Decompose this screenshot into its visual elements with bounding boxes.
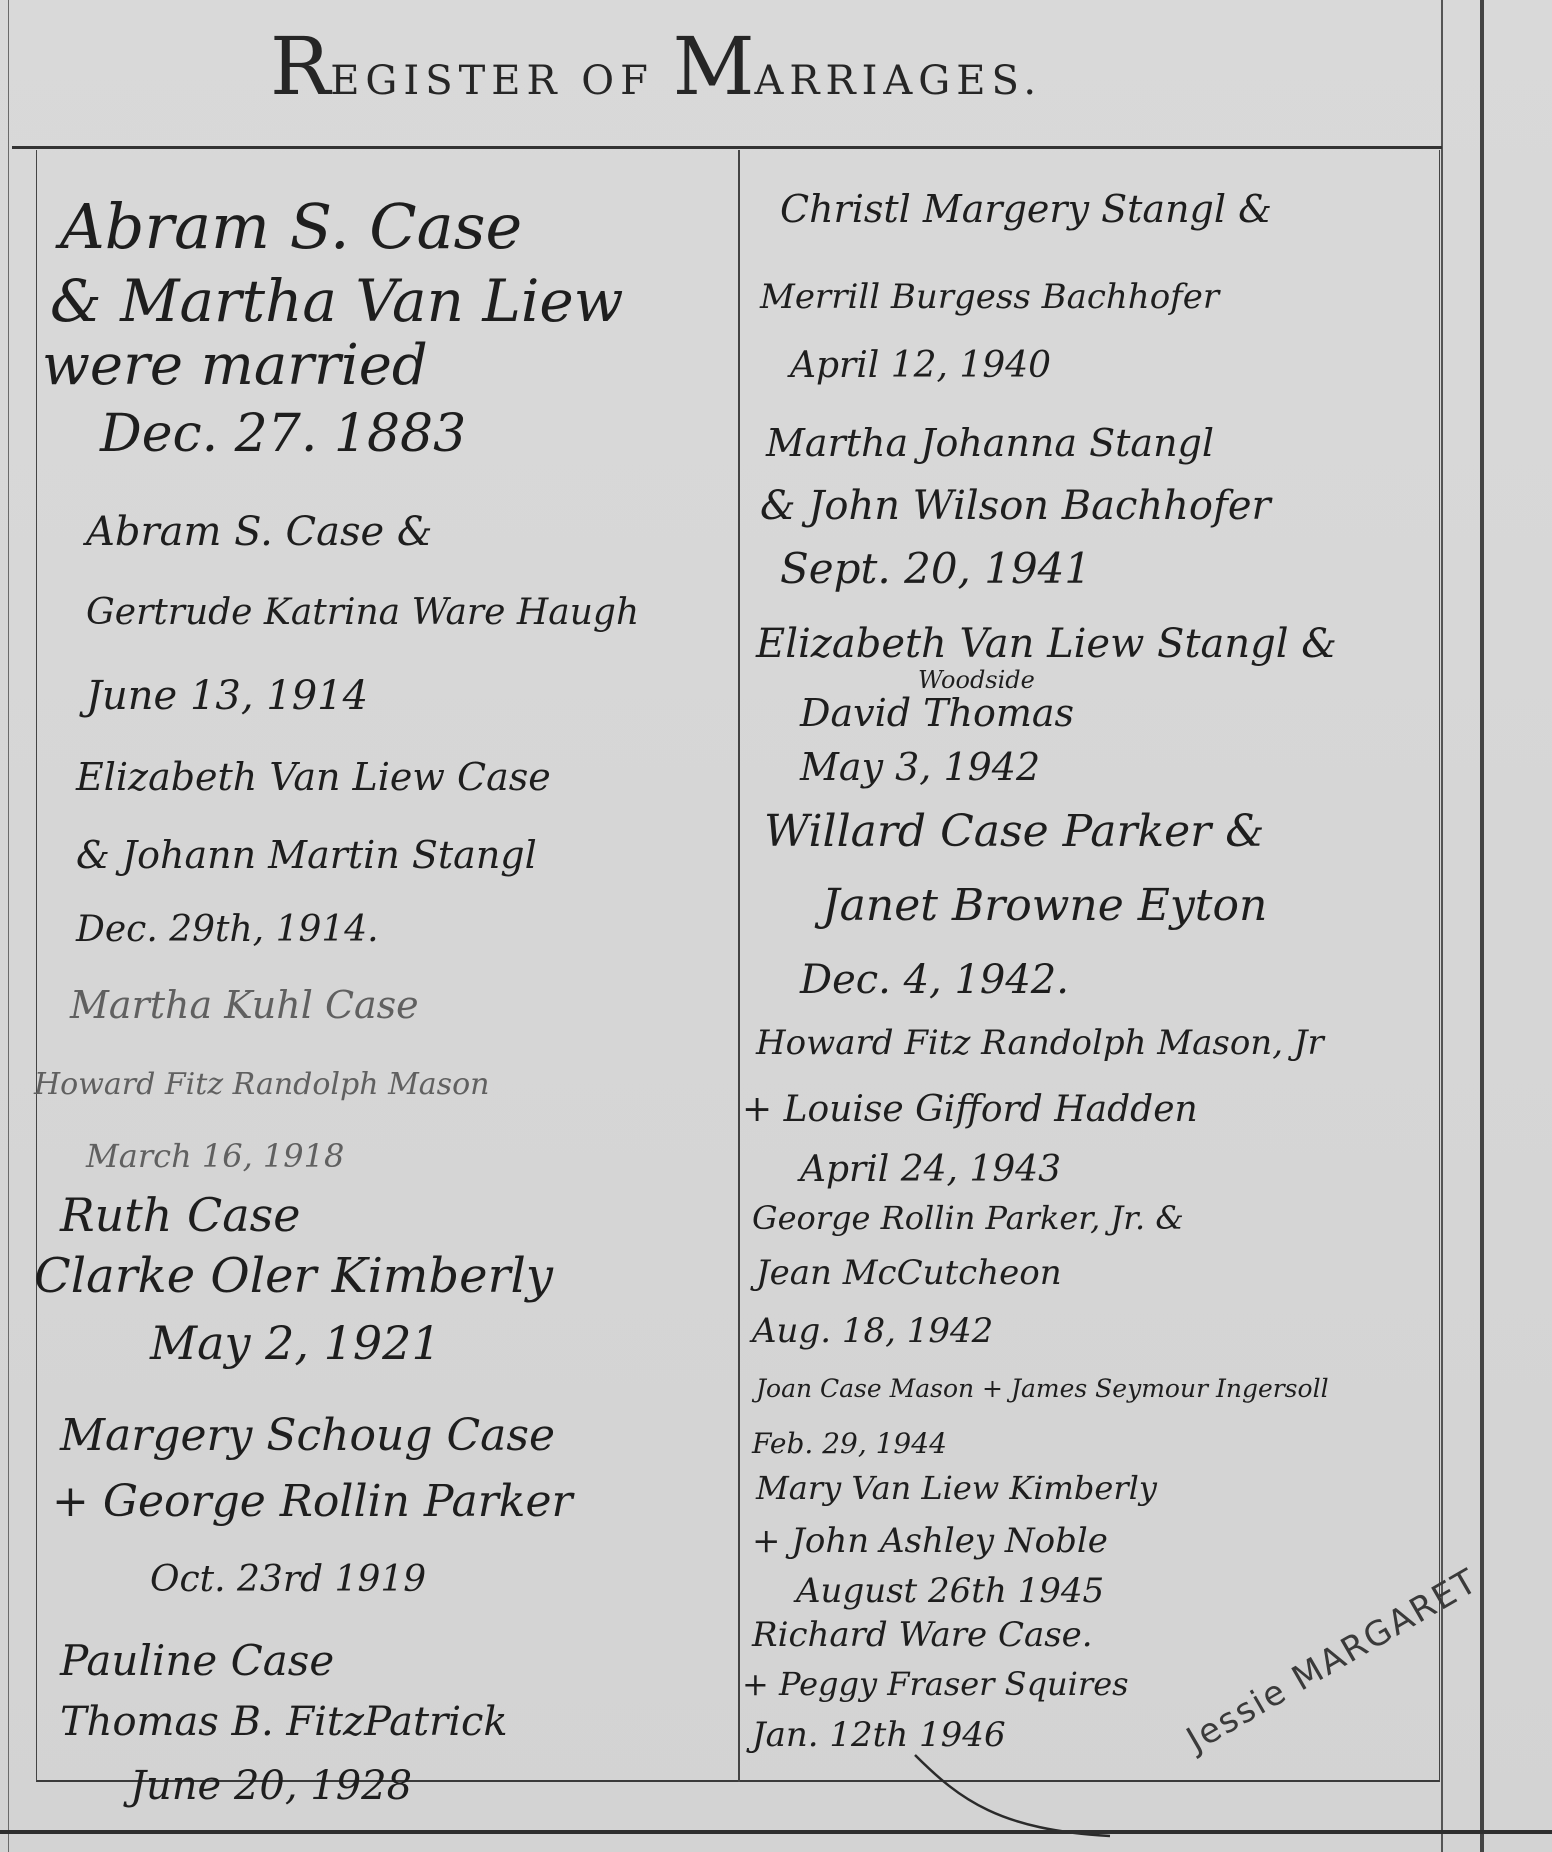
- entry-line: April 12, 1940: [790, 348, 1051, 384]
- entry-line: Margery Schoug Case: [60, 1414, 555, 1458]
- entry-line: Mary Van Liew Kimberly: [756, 1472, 1157, 1504]
- entry-line: Merrill Burgess Bachhofer: [760, 280, 1219, 314]
- entry-line: + Louise Gifford Hadden: [742, 1092, 1198, 1128]
- entry-line: Jan. 12th 1946: [752, 1718, 1006, 1752]
- entry-line: August 26th 1945: [796, 1574, 1104, 1608]
- header-rule: [12, 146, 1442, 149]
- entry-line: Elizabeth Van Liew Stangl &: [756, 624, 1337, 664]
- entry-line-insert: Woodside: [918, 668, 1035, 692]
- entry-line: + Peggy Fraser Squires: [742, 1668, 1129, 1700]
- entry-line: Sept. 20, 1941: [780, 548, 1091, 590]
- entry-line: June 13, 1914: [86, 676, 368, 716]
- entry-line: Martha Johanna Stangl: [766, 424, 1214, 462]
- entry-line: May 3, 1942: [800, 748, 1040, 786]
- entry-line: & Johann Martin Stangl: [76, 836, 537, 874]
- entry-line: Feb. 29, 1944: [752, 1430, 947, 1458]
- entry-line: June 20, 1928: [130, 1766, 412, 1806]
- entry-line: Howard Fitz Randolph Mason: [34, 1070, 489, 1100]
- title-initial-r: R: [270, 20, 330, 113]
- page-binding-rule: [1480, 0, 1484, 1852]
- entry-line: Dec. 29th, 1914.: [76, 912, 379, 948]
- entry-line: + John Ashley Noble: [752, 1524, 1108, 1558]
- entry-line: Elizabeth Van Liew Case: [76, 758, 551, 796]
- title-initial-m: M: [673, 20, 755, 113]
- entry-line: Jean McCutcheon: [756, 1256, 1062, 1290]
- entry-line: April 24, 1943: [800, 1152, 1061, 1188]
- page-left-rule: [8, 0, 9, 1852]
- entry-line: May 2, 1921: [150, 1320, 441, 1366]
- entry-line: George Rollin Parker, Jr. &: [752, 1202, 1184, 1234]
- entry-line: Aug. 18, 1942: [752, 1314, 993, 1348]
- title-part-2: ARRIAGES.: [754, 58, 1042, 104]
- entry-line: Abram S. Case: [60, 196, 522, 258]
- entry-line: Pauline Case: [60, 1640, 334, 1682]
- entry-line: Richard Ware Case.: [752, 1618, 1093, 1652]
- entry-line: Howard Fitz Randolph Mason, Jr: [756, 1026, 1324, 1060]
- footer-rule: [0, 1830, 1552, 1834]
- entry-line: & John Wilson Bachhofer: [760, 486, 1271, 526]
- column-divider: [738, 150, 740, 1782]
- entry-line: Christl Margery Stangl &: [780, 190, 1272, 228]
- entry-line: Oct. 23rd 1919: [150, 1562, 426, 1598]
- title-part-1: EGISTER OF: [330, 58, 672, 104]
- entry-line: Martha Kuhl Case: [70, 986, 419, 1024]
- entry-line: Thomas B. FitzPatrick: [60, 1702, 508, 1742]
- entry-line: Janet Browne Eyton: [822, 884, 1267, 928]
- entry-line: were married: [42, 338, 428, 394]
- entry-line: David Thomas: [800, 694, 1074, 732]
- entry-line: Ruth Case: [60, 1192, 300, 1238]
- entry-line: Gertrude Katrina Ware Haugh: [86, 595, 639, 631]
- entry-line: March 16, 1918: [86, 1140, 344, 1172]
- register-page: REGISTER OF MARRIAGES. Abram S. Case & M…: [0, 0, 1552, 1852]
- entry-line: Joan Case Mason + James Seymour Ingersol…: [756, 1376, 1329, 1401]
- page-title: REGISTER OF MARRIAGES.: [270, 20, 1230, 113]
- entry-line: + George Rollin Parker: [52, 1480, 573, 1524]
- entry-line: Abram S. Case &: [86, 512, 432, 552]
- entry-line: Willard Case Parker &: [764, 810, 1264, 854]
- entry-line: Clarke Oler Kimberly: [34, 1252, 553, 1300]
- entry-line: Dec. 27. 1883: [100, 408, 466, 460]
- entry-line: Dec. 4, 1942.: [800, 960, 1069, 1000]
- entry-line: & Martha Van Liew: [50, 272, 623, 330]
